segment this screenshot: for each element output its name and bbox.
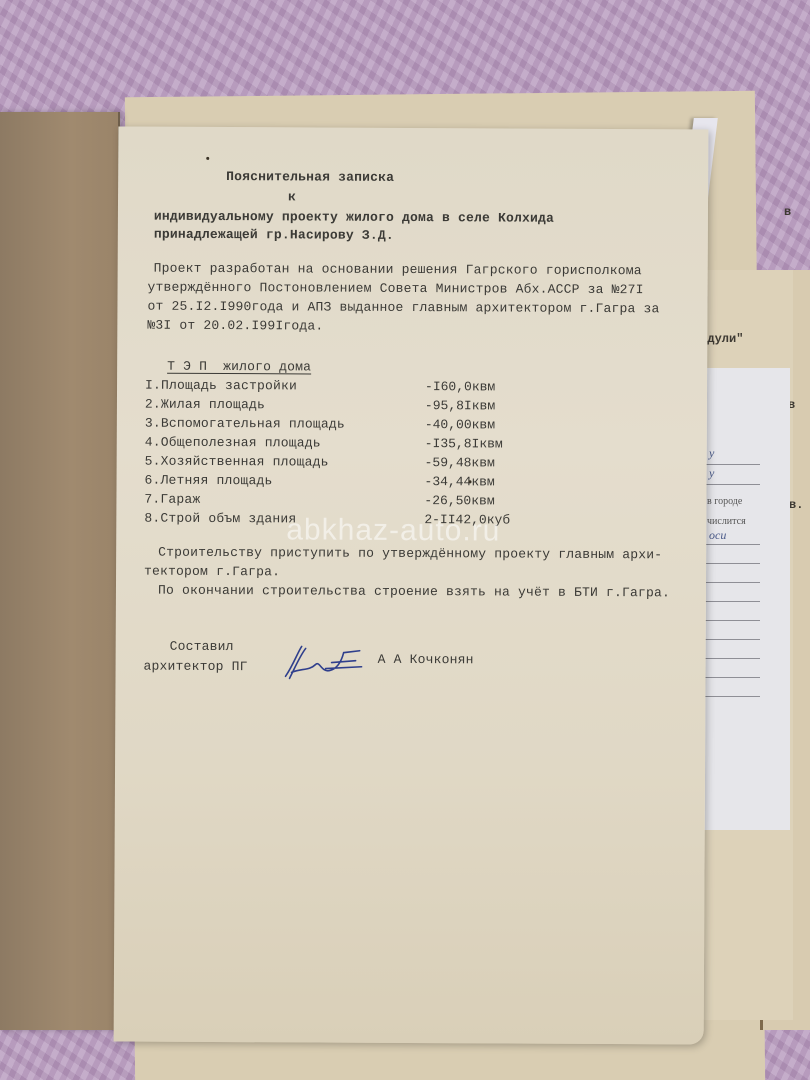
background-doc-letter: в [784, 205, 791, 219]
folder-cover [0, 112, 120, 1030]
document-title-preposition: к [288, 189, 296, 204]
tep-label: 5.Хозяйственная площадь [145, 454, 329, 470]
form-line [705, 696, 760, 697]
paper-speck [206, 157, 209, 160]
form-line [705, 563, 760, 564]
tep-label: 7.Гараж [144, 492, 200, 507]
instruction-line-3: По окончании строительства строение взят… [158, 583, 670, 601]
form-line [705, 464, 760, 465]
handwritten-entry: оси [709, 528, 726, 543]
document-subject-line-1: индивидуальному проекту жилого дома в се… [154, 209, 554, 226]
intro-line-4: №3I от 20.02.I99Iгода. [147, 318, 323, 334]
form-line [705, 484, 760, 485]
form-line [705, 620, 760, 621]
handwritten-mark: у [709, 446, 714, 461]
form-line [705, 658, 760, 659]
tep-value: -34,44квм [425, 474, 495, 489]
form-line [705, 601, 760, 602]
paper-speck [469, 480, 472, 483]
tep-label: 4.Общеполезная площадь [145, 435, 321, 451]
tep-value: -40,00квм [425, 417, 495, 432]
signature-label-compiled: Составил [170, 639, 234, 654]
tep-label: 2.Жилая площадь [145, 397, 265, 413]
form-line [705, 582, 760, 583]
tep-label: 6.Летняя площадь [145, 473, 273, 489]
form-line [705, 677, 760, 678]
form-label: в городе [707, 496, 742, 507]
tep-value: 2-II42,0куб [424, 512, 510, 527]
tep-label: 8.Строй объм здания [144, 511, 296, 527]
tep-value: -I60,0квм [425, 379, 495, 394]
tep-header: Т Э П жилого дома [167, 359, 311, 375]
background-doc-letter: в. [789, 498, 803, 512]
signatory-name: А А Кочконян [378, 652, 474, 668]
tep-value: -I35,8Iквм [425, 436, 503, 451]
form-line [705, 639, 760, 640]
form-line [705, 544, 760, 545]
intro-line-1: Проект разработан на основании решения Г… [154, 261, 642, 279]
handwritten-signature [279, 642, 367, 682]
form-label: числится [707, 516, 746, 527]
tep-value: -59,48квм [425, 455, 495, 470]
intro-line-3: от 25.I2.I990года и АПЗ выданное главным… [147, 299, 659, 317]
intro-line-2: утверждённого Постоновлением Совета Мини… [148, 280, 644, 298]
instruction-line-2: тектором г.Гагра. [144, 564, 280, 580]
document-subject-line-2: принадлежащей гр.Насирову З.Д. [154, 227, 394, 243]
signature-label-title: архитектор ПГ [144, 659, 248, 675]
handwritten-mark: у [709, 466, 714, 481]
tep-value: -95,8Iквм [425, 398, 495, 413]
tep-value: -26,50квм [424, 493, 494, 508]
tep-label: I.Площадь застройки [145, 378, 297, 394]
typewritten-page: Пояснительная записка к индивидуальному … [114, 126, 709, 1044]
background-form-sheet: у у в городе числится оси [695, 368, 790, 830]
instruction-line-1: Строительству приступить по утверждённом… [158, 545, 662, 563]
document-title: Пояснительная записка [226, 169, 394, 185]
tep-label: 3.Вспомогательная площадь [145, 416, 345, 432]
